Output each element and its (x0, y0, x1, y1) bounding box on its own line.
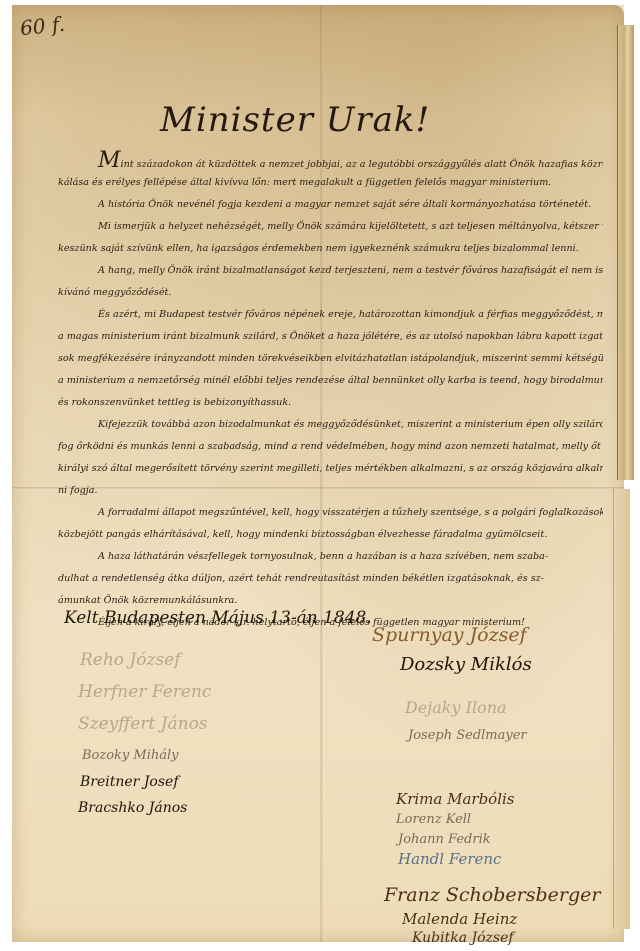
text-line: És azért, mi Budapest testvér főváros né… (58, 304, 603, 326)
signature: Johann Fedrik (398, 832, 491, 847)
text-line: és rokonszenvünket tettleg is bebizonyít… (58, 392, 603, 414)
text-line: A hang, melly Önök iránt bizalmatlanságo… (58, 260, 603, 282)
signature: Breitner Josef (80, 774, 179, 790)
text-line: fog őrködni és munkás lenni a szabadság,… (58, 436, 603, 458)
torn-right-edge (617, 25, 634, 480)
paragraph-4: A hang, melly Önök iránt bizalmatlanságo… (58, 260, 603, 304)
age-stain (12, 5, 624, 115)
signature: Szeyffert János (78, 714, 208, 734)
text-line: A história Önök nevénél fogja kezdeni a … (58, 194, 603, 216)
petition-body: Mint századokon át küzdöttek a nemzet jo… (58, 150, 603, 634)
paragraph-5: És azért, mi Budapest testvér főváros né… (58, 304, 603, 414)
text-line: a ministerium a nemzetőrség minél előbbi… (58, 370, 603, 392)
signature: Bozoky Mihály (82, 748, 179, 763)
text-line: sok megfékezésére irányzandott minden tö… (58, 348, 603, 370)
text-line: Mint századokon át küzdöttek a nemzet jo… (58, 150, 603, 172)
text-line: keszünk saját szívünk ellen, ha igazságo… (58, 238, 603, 260)
text-line: A forradalmi állapot megszűntével, kell,… (58, 502, 603, 524)
text-line: a magas ministerium iránt bizalmunk szil… (58, 326, 603, 348)
signature: Franz Schobersberger (384, 884, 600, 906)
signature: Reho József (80, 650, 181, 670)
signature: Spurnyay József (372, 624, 527, 646)
text-line: dulhat a rendetlenség átka dúljon, azért… (58, 568, 603, 590)
text-line: kálása és erélyes fellépése által kivívv… (58, 172, 603, 194)
lower-right-edge (613, 489, 630, 929)
text-line: Mi ismerjük a helyzet nehézségét, melly … (58, 216, 603, 238)
text-line: Kifejezzük továbbá azon bizodalmunkat és… (58, 414, 603, 436)
text-line: királyi szó által megerősített törvény s… (58, 458, 603, 480)
paragraph-2: A história Önök nevénél fogja kezdeni a … (58, 194, 603, 216)
signature: Handl Ferenc (398, 850, 501, 868)
text-line: közbejött pangás elhárításával, kell, ho… (58, 524, 603, 546)
dateline: Kelt Budapesten Május 13-án 1848. (64, 608, 372, 628)
signature: Malenda Heinz (402, 910, 517, 928)
text-line: ni fogja. (58, 480, 603, 502)
signature: Bracshko János (78, 800, 187, 816)
text-line: kívánó meggyőződését. (58, 282, 603, 304)
signature: Kubitka József (412, 930, 514, 946)
signature: Krima Marbólis (396, 790, 515, 808)
paragraph-6: Kifejezzük továbbá azon bizodalmunkat és… (58, 414, 603, 502)
text-line: A haza láthatárán vészfellegek tornyosul… (58, 546, 603, 568)
paragraph-7: A forradalmi állapot megszűntével, kell,… (58, 502, 603, 546)
document-heading: Minister Urak! (160, 100, 430, 140)
paragraph-1: Mint századokon át küzdöttek a nemzet jo… (58, 150, 603, 194)
signature: Herfner Ferenc (78, 682, 211, 702)
signature: Dejaky Ilona (405, 698, 507, 717)
signature: Joseph Sedlmayer (408, 728, 527, 743)
paragraph-3: Mi ismerjük a helyzet nehézségét, melly … (58, 216, 603, 260)
signature: Lorenz Kell (396, 812, 471, 827)
paragraph-8: A haza láthatárán vészfellegek tornyosul… (58, 546, 603, 612)
folio-number: 60 f. (19, 12, 66, 41)
signature: Dozsky Miklós (400, 654, 532, 675)
